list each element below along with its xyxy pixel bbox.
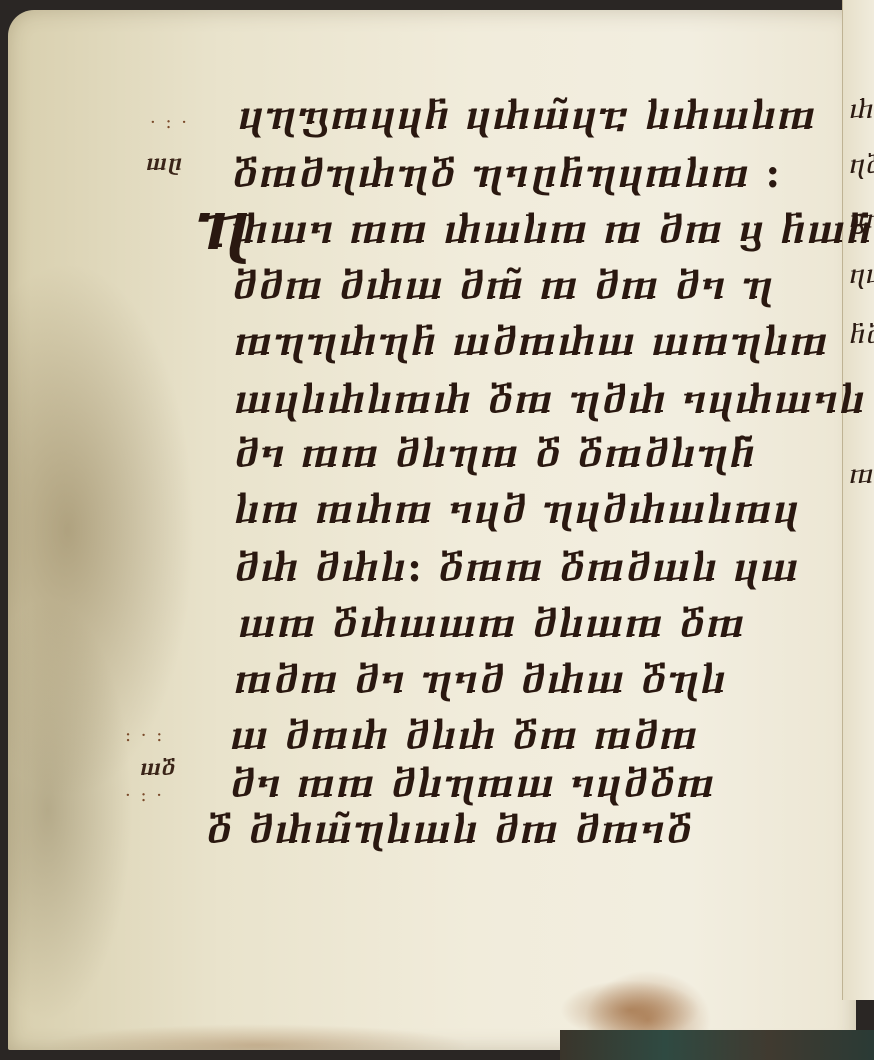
margin-mark: ⴍⴃ	[140, 755, 176, 781]
facing-page-text: ⴄⴃ	[849, 150, 874, 180]
margin-mark: ⴍⴚ	[146, 150, 182, 176]
marginal-dots: · : ·	[150, 112, 189, 133]
facing-page-edge: ⴐⴊ ⴄⴃ ⴁⴊ ⴄⴐ ⴌⴋ ⴊ	[842, 0, 874, 1000]
marginal-dots: · : ·	[125, 785, 164, 806]
facing-page-text: ⴊ	[849, 460, 874, 490]
text-line: ⴍⴗⴑⴐⴑⴊⴐ ⴃⴊ ⴄⴋⴐ ⴈⴗⴐⴍⴈⴑ	[234, 376, 866, 423]
text-line: ⴋⴐ ⴋⴐⴑ: ⴃⴊⴊ ⴃⴊⴋⴍⴑ ⴗⴍ	[234, 544, 800, 591]
text-line: ⴐⴍⴈ ⴊⴊ ⴐⴍⴑⴊ ⴊ ⴋⴊ ⴁ ⴌⴍⴌⴑⴊ	[230, 206, 874, 253]
text-line: ⴋⴈ ⴊⴊ ⴋⴑⴄⴊ ⴃ ⴃⴊⴋⴑⴄⴌ̃	[234, 430, 756, 477]
binding-thread	[560, 1030, 874, 1060]
facing-page-text: ⴐⴊ	[849, 95, 874, 125]
text-line: ⴍⴊ ⴃⴐⴍⴍⴊ ⴋⴑⴍⴊ ⴃⴊ	[238, 600, 746, 647]
facing-page-text: ⴄⴐ	[849, 260, 874, 290]
text-line: ⴗⴄⴂⴊⴗⴗⴌ ⴗⴐⴍ̃ⴗⴀ ⴑⴐⴍⴑⴊ	[238, 92, 817, 139]
facing-page-text: ⴌⴋ	[849, 320, 874, 350]
text-line: ⴍ ⴋⴊⴐ ⴋⴑⴐ ⴃⴊ ⴊⴋⴊ	[230, 712, 699, 759]
text-line: ⴑⴊ ⴊⴐⴊ ⴈⴗⴋ ⴄⴗⴋⴐⴍⴑⴊⴗ	[234, 486, 800, 533]
text-line: ⴋⴋⴊ ⴋⴐⴍ ⴋⴊ̃ ⴊ ⴋⴊ ⴋⴈ ⴄ	[232, 262, 774, 309]
text-line: ⴊⴄⴄⴐⴄⴌ ⴍⴋⴊⴐⴍ ⴍⴊⴄⴑⴊ	[234, 318, 829, 365]
text-line: ⴊⴋⴊ ⴋⴈ ⴄⴈⴋ ⴋⴐⴍ ⴃⴄⴑ	[234, 656, 727, 703]
marginal-dots: : · :	[125, 725, 164, 746]
text-line: ⴃⴊⴋⴄⴐⴄⴃ ⴄⴈⴚⴌⴄⴗⴊⴑⴊ :	[232, 150, 781, 197]
text-line: ⴋⴈ ⴊⴊ ⴋⴑⴄⴊⴍ ⴈⴗⴋⴃⴊ	[230, 760, 716, 807]
text-line: ⴃ ⴋⴐⴍ̃ⴄⴑⴍⴑ ⴋⴊ ⴋⴊⴈⴃ	[206, 806, 693, 853]
